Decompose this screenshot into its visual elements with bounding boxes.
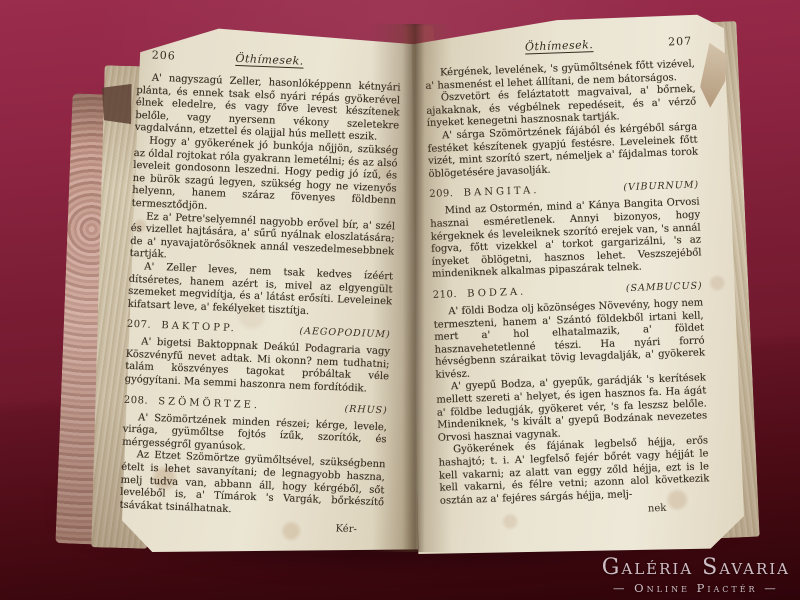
watermark: Galéria Savaria — Online Piactér — (602, 557, 790, 595)
section-number: 209. (429, 188, 454, 200)
watermark-subtitle: — Online Piactér — (602, 581, 790, 595)
section-name: BANGITA. (464, 185, 540, 199)
page-number: 207 (668, 35, 692, 49)
section-name: BAKTOPP. (161, 320, 237, 334)
section-number: 207. (127, 319, 152, 331)
section-number: 208. (124, 394, 149, 406)
paragraph: A' Zeller leves, nem tsak kedves ízéért … (127, 261, 393, 322)
heading-label: 207. BAKTOPP. (127, 319, 237, 334)
section-latin-name: (AEGOPODIUM) (299, 326, 391, 341)
watermark-title: Galéria Savaria (602, 557, 790, 579)
section-heading: 210. BODZA. (SAMBUCUS) (433, 280, 703, 300)
section-name: SZÖMÖRTZE. (158, 396, 260, 411)
paragraph: Mind az Ostormén, mind a' Kánya Bangita … (430, 197, 702, 282)
page-number: 206 (151, 49, 176, 63)
section-latin-name: (SAMBUCUS) (626, 280, 703, 294)
left-page-text: 206 Öthímesek. A' nagyszagú Zeller, haso… (119, 48, 402, 537)
paragraph: Az Etzet Szömörtze gyümőltsével, szükség… (119, 449, 385, 523)
paragraph: A' sárga Szömörtzének fájából és kérgébő… (427, 121, 699, 181)
paragraph: A' bigetsi Baktoppnak Deákúl Podagraria … (124, 336, 390, 397)
paragraph: Gyökerének és fájának legbelső héjja, er… (438, 436, 710, 508)
section-latin-name: (RHUS) (344, 403, 387, 416)
section-number: 210. (433, 289, 458, 301)
heading-label: 209. BANGITA. (429, 185, 540, 200)
paragraph: A' földi Bodza olj közönséges Növevény, … (433, 297, 705, 382)
section-latin-name: (VIBURNUM) (623, 180, 699, 194)
paragraph: A' gyepű Bodza, a' gyepűk, garádják 's k… (436, 373, 708, 445)
paragraph: Hogy a' gyökerének jó bunkója nőjjön, sz… (131, 135, 398, 221)
right-page-text: 207 Öthímesek. Kérgének, levelének, 's g… (424, 35, 711, 523)
section-name: BODZA. (467, 286, 526, 299)
paragraph: A' nagyszagú Zeller, hasonlóképpenn kétn… (135, 72, 401, 146)
heading-label: 210. BODZA. (433, 286, 527, 300)
heading-label: 208. SZÖMÖRTZE. (124, 394, 261, 410)
